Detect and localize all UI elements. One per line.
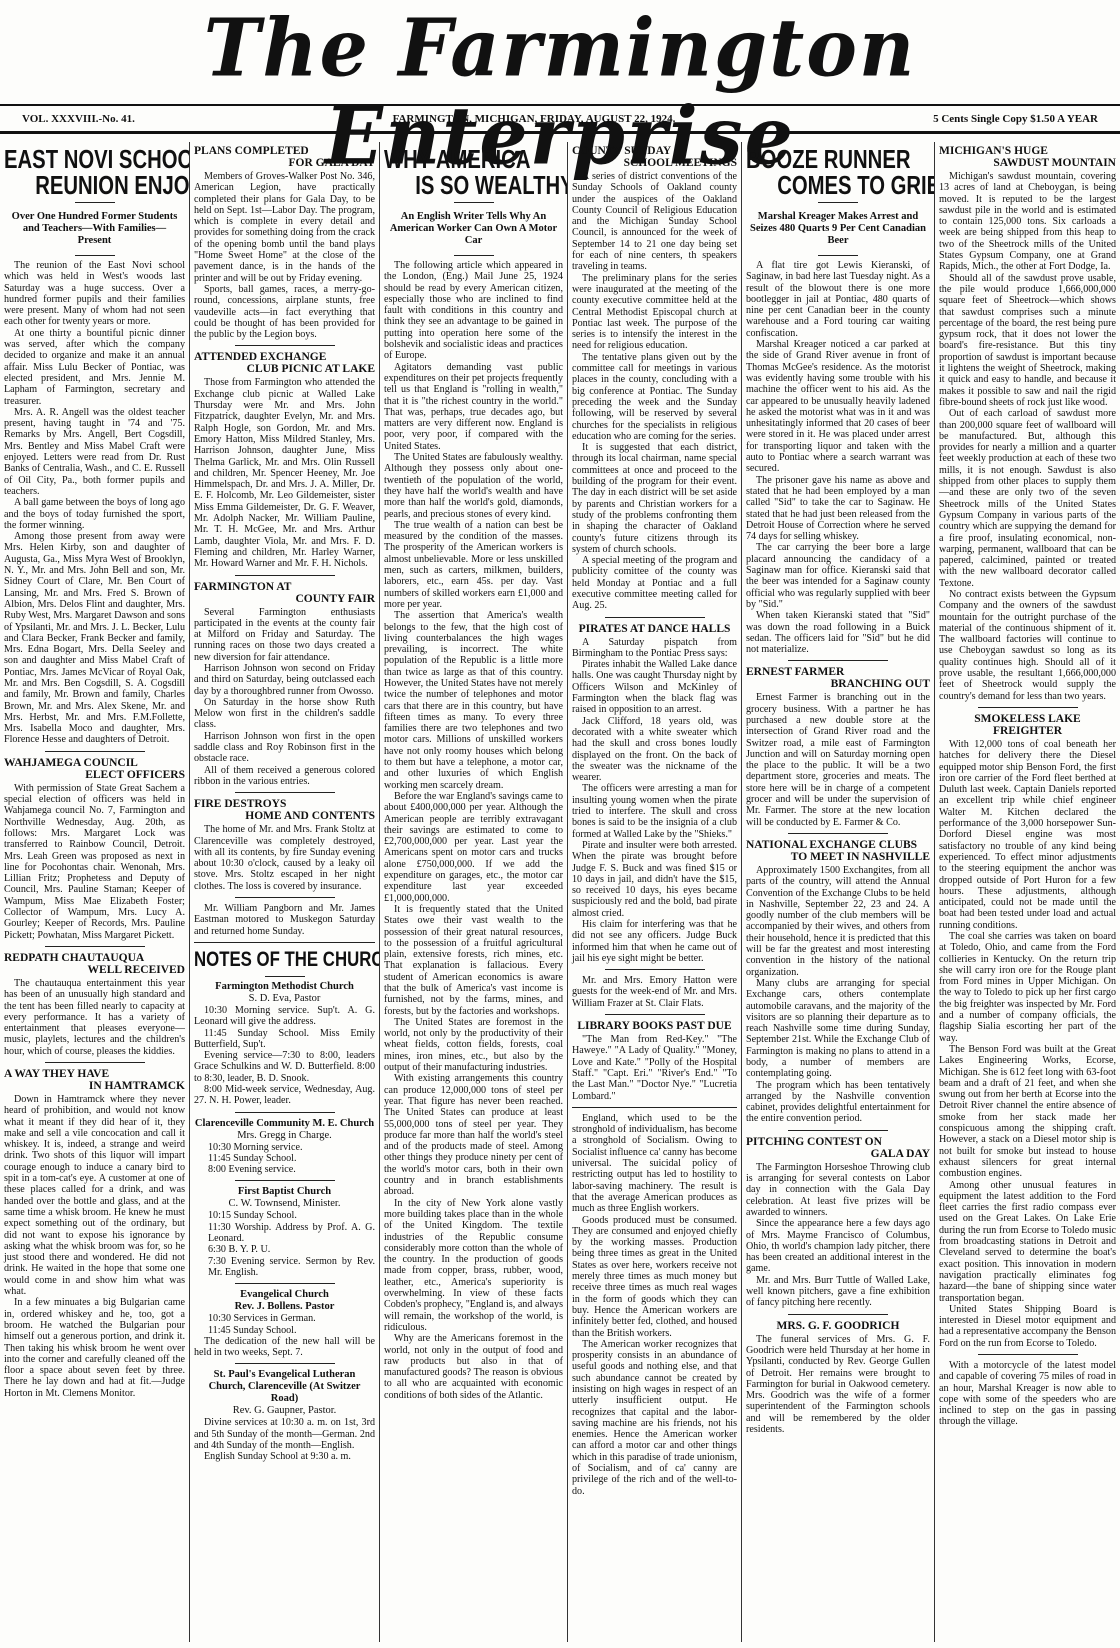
church-st-pauls: St. Paul's Evangelical Lutheran Church, … (194, 1369, 375, 1462)
headline-redpath: REDPATH CHAUTAUQUA WELL RECEIVED (4, 952, 185, 976)
church-evangelical: Evangelical Church Rev. J. Bollens. Past… (194, 1289, 375, 1358)
article-england-continued: England, which used to be the stronghold… (572, 1113, 737, 1497)
newspaper-page: The Farmington Enterprise VOL. XXXVIII.-… (0, 0, 1120, 1648)
headline-sawdust: MICHIGAN'S HUGE SAWDUST MOUNTAIN (939, 145, 1116, 169)
headline-booze-runner: BOOZE RUNNER COMES TO GRIEF (746, 146, 890, 198)
headline-exchange-picnic: ATTENDED EXCHANGE CLUB PICNIC AT LAKE (194, 351, 375, 375)
article-sawdust: Michigan's sawdust mountain, covering 13… (939, 171, 1116, 702)
dateline-bar: VOL. XXXVIII.-No. 41. FARMINGTON, MICHIG… (0, 104, 1120, 134)
item-motorcycle: With a motorcycle of the latest model an… (939, 1360, 1116, 1428)
article-hamtramck: Down in Hamtramck where they never heard… (4, 1094, 185, 1399)
article-fire: The home of Mr. and Mrs. Frank Stoltz at… (194, 824, 375, 892)
column-1: EAST NOVI SCHOOL REUNION ENJOYED Over On… (0, 142, 190, 1642)
volume-number: VOL. XXXVIII.-No. 41. (22, 113, 135, 125)
subhead-booze-runner: Marshal Kreager Makes Arrest and Seizes … (750, 211, 926, 247)
place-date: FARMINGTON, MICHIGAN, FRIDAY, AUGUST 22,… (393, 113, 676, 125)
article-why-america: The following article which appeared in … (384, 260, 563, 1401)
article-freighter: With 12,000 tons of coal beneath her hat… (939, 739, 1116, 1349)
headline-gala-day: PLANS COMPLETED FOR GALA DAY (194, 145, 375, 169)
column-3: WHY AMERICA IS SO WEALTHY An English Wri… (380, 142, 568, 1642)
headline-churches: NOTES OF THE CHURCHES (194, 948, 339, 972)
headline-ernest-farmer: ERNEST FARMER BRANCHING OUT (746, 666, 930, 690)
article-exchange-clubs: Approximately 1500 Exchangites, from all… (746, 865, 930, 1125)
columns: EAST NOVI SCHOOL REUNION ENJOYED Over On… (0, 142, 1120, 1642)
article-redpath: The chautauqua entertainment this year h… (4, 978, 185, 1057)
article-wahjamega: With permission of State Great Sachem a … (4, 783, 185, 941)
item-hatton: Mr. and Mrs. Emory Hatton were guests fo… (572, 975, 737, 1009)
masthead: The Farmington Enterprise (0, 0, 1120, 96)
article-booze-runner: A flat tire got Lewis Kieranski, of Sagi… (746, 260, 930, 655)
article-ernest-farmer: Ernest Farmer is branching out in the gr… (746, 692, 930, 828)
headline-freighter: SMOKELESS LAKE FREIGHTER (939, 713, 1116, 737)
headline-fire: FIRE DESTROYS HOME AND CONTENTS (194, 798, 375, 822)
article-pitching: The Farmington Horseshoe Throwing club i… (746, 1162, 930, 1309)
headline-east-novi: EAST NOVI SCHOOL REUNION ENJOYED (4, 146, 145, 198)
church-methodist: Farmington Methodist Church S. D. Eva, P… (194, 981, 375, 1107)
church-clarenceville: Clarenceville Community M. E. Church Mrs… (194, 1118, 375, 1176)
column-6: MICHIGAN'S HUGE SAWDUST MOUNTAIN Michiga… (935, 142, 1120, 1642)
headline-exchange-clubs: NATIONAL EXCHANGE CLUBS TO MEET IN NASHV… (746, 839, 930, 863)
subhead-why-america: An English Writer Tells Why An American … (388, 211, 559, 247)
price: 5 Cents Single Copy $1.50 A YEAR (933, 113, 1098, 125)
article-exchange-picnic: Those from Farmington who attended the E… (194, 377, 375, 569)
subhead-east-novi: Over One Hundred Former Students and Tea… (8, 211, 181, 247)
headline-pirates: PIRATES AT DANCE HALLS (572, 623, 737, 635)
article-gala-day: Members of Groves-Walker Post No. 346, A… (194, 171, 375, 340)
headline-pitching: PITCHING CONTEST ON GALA DAY (746, 1136, 930, 1160)
headline-why-america: WHY AMERICA IS SO WEALTHY (384, 146, 524, 198)
item-muskegon: Mr. William Pangborn and Mr. James Eastm… (194, 903, 375, 937)
column-5: BOOZE RUNNER COMES TO GRIEF Marshal Krea… (742, 142, 935, 1642)
article-county-fair: Several Farmington enthusiasts participa… (194, 607, 375, 788)
headline-county-fair: FARMINGTON AT COUNTY FAIR (194, 581, 375, 605)
article-sunday-school: A series of district conventions of the … (572, 171, 737, 612)
headline-sunday-school: COUNTY SUNDAY SCHOOL MEETINGS (572, 145, 737, 169)
column-4: COUNTY SUNDAY SCHOOL MEETINGS A series o… (568, 142, 742, 1642)
church-baptist: First Baptist Church C. W. Townsend, Min… (194, 1186, 375, 1278)
headline-hamtramck: A WAY THEY HAVE IN HAMTRAMCK (4, 1068, 185, 1092)
headline-wahjamega: WAHJAMEGA COUNCIL ELECT OFFICERS (4, 757, 185, 781)
article-pirates: A Saturday pispatch from Birmingham to t… (572, 637, 737, 965)
headline-goodrich: MRS. G. F. GOODRICH (746, 1320, 930, 1332)
column-2: PLANS COMPLETED FOR GALA DAY Members of … (190, 142, 380, 1642)
headline-library: LIBRARY BOOKS PAST DUE (572, 1020, 737, 1032)
article-library: "The Man from Red-Key." "The Haweye." "A… (572, 1034, 737, 1102)
article-goodrich: The funeral services of Mrs. G. F. Goodr… (746, 1334, 930, 1436)
article-east-novi: The reunion of the East Novi school whic… (4, 260, 185, 746)
